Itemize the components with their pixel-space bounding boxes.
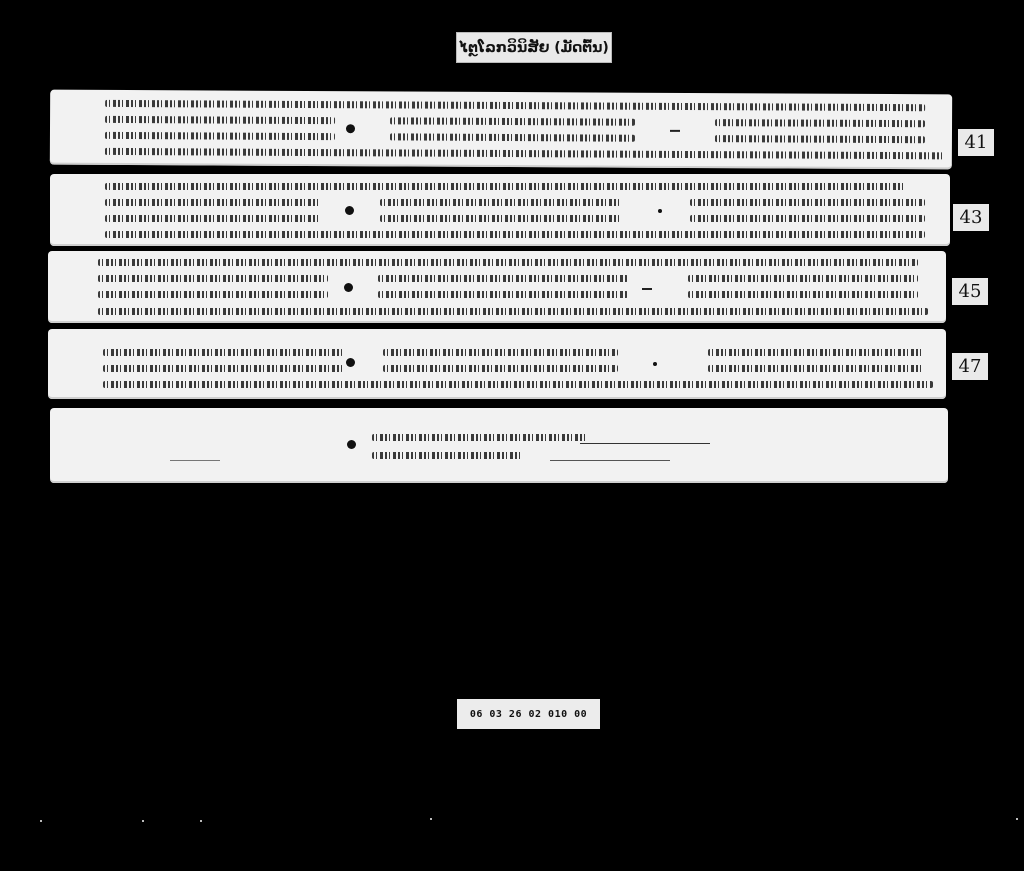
film-speck [1016, 818, 1018, 820]
binding-mark [642, 288, 652, 290]
palm-leaf-folio-41 [50, 90, 952, 170]
film-speck [200, 820, 202, 822]
binding-hole [653, 362, 657, 366]
palm-leaf-folio-43 [50, 174, 950, 246]
manuscript-title-label: ໄຕຼໂລກວິນິສັຍ (ມັດຕົ້ນ) [456, 32, 612, 63]
folio-number: 45 [952, 278, 988, 305]
film-speck [430, 818, 432, 820]
binding-mark [670, 130, 680, 132]
scratch-line [550, 460, 670, 461]
binding-hole [347, 440, 356, 449]
scratch-line [170, 460, 220, 461]
folio-number: 47 [952, 353, 988, 380]
palm-leaf-folio-45 [48, 251, 946, 323]
binding-hole [346, 124, 355, 133]
palm-leaf-folio-47 [48, 329, 946, 399]
binding-hole [344, 283, 353, 292]
microfilm-reference-code: 06 03 26 02 010 00 [457, 699, 600, 729]
scratch-line [580, 443, 710, 444]
binding-hole [346, 358, 355, 367]
film-speck [142, 820, 144, 822]
binding-hole [658, 209, 662, 213]
folio-number: 41 [958, 129, 994, 156]
palm-leaf-colophon [50, 408, 948, 483]
folio-number: 43 [953, 204, 989, 231]
binding-hole [345, 206, 354, 215]
film-speck [40, 820, 42, 822]
